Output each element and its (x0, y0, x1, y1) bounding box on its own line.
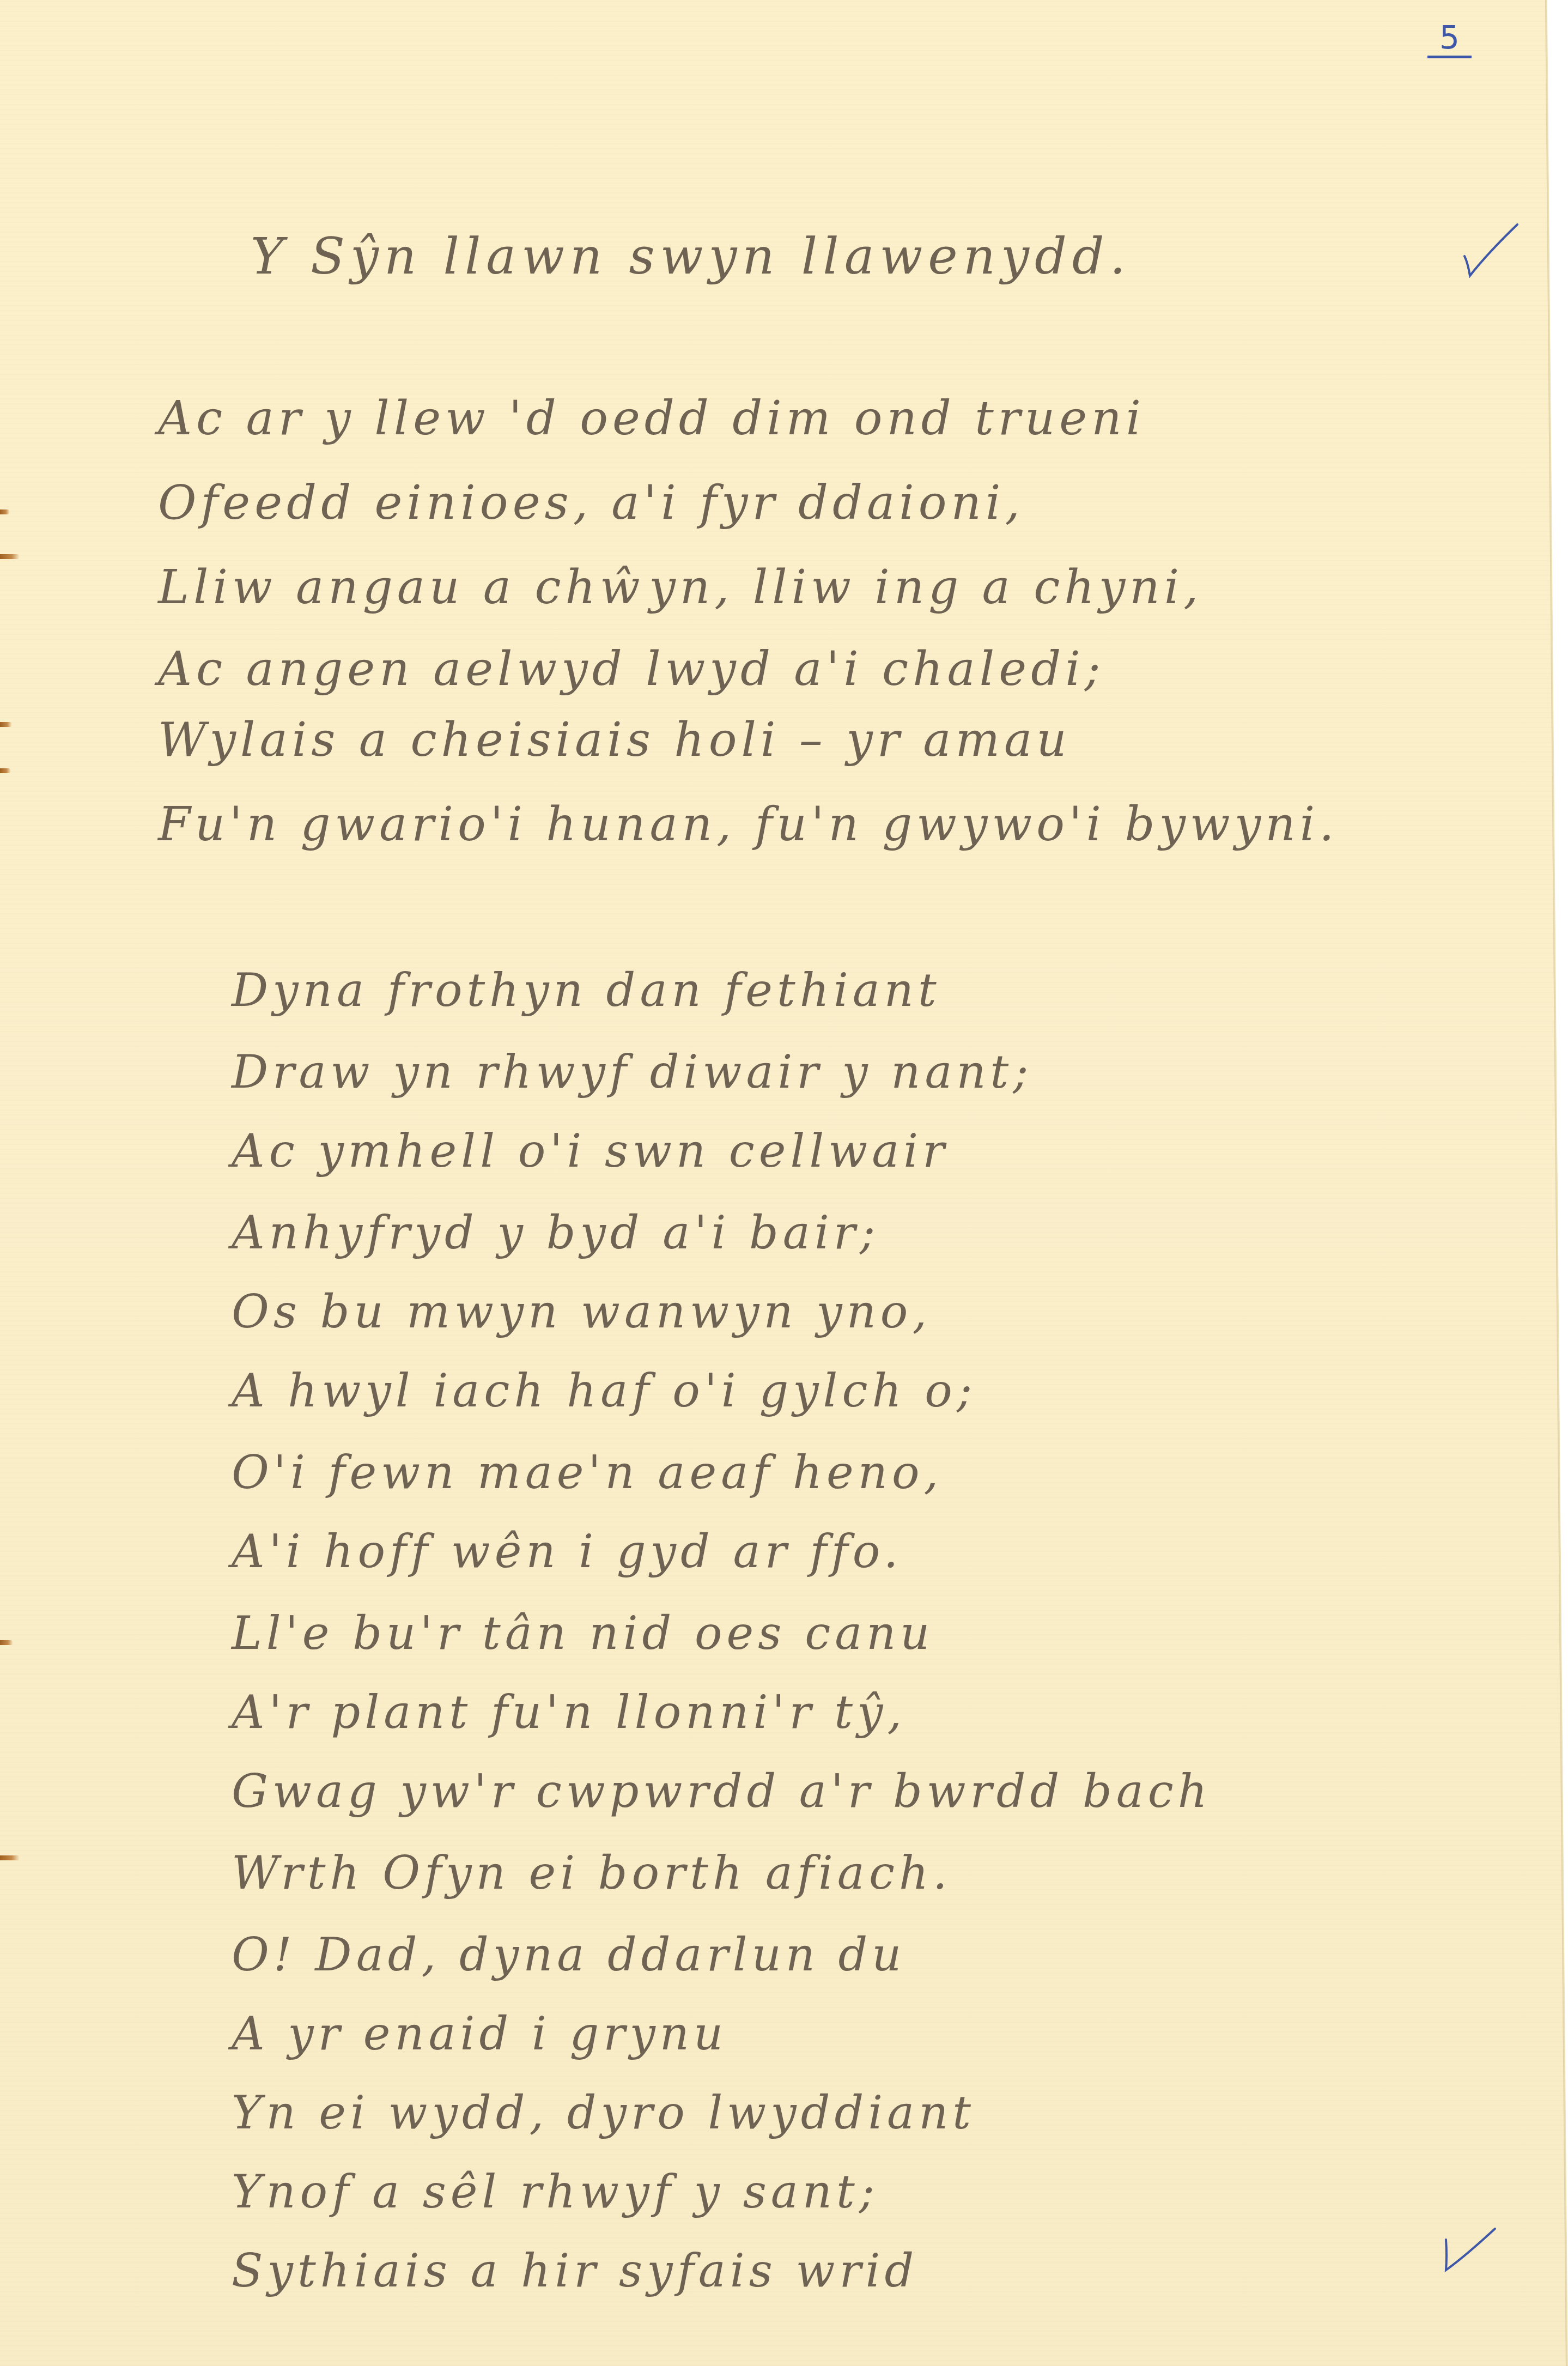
binding-mark (0, 722, 12, 727)
poem-line: O! Dad, dyna ddarlun du (232, 1932, 905, 1977)
manuscript-page: 5 Y Sŷn llawn swyn llawenydd. Ac ar y ll… (0, 0, 1568, 2366)
poem-line: A yr enaid i grynu (232, 2011, 727, 2056)
poem-line: Ll'e bu'r tân nid oes canu (232, 1610, 934, 1656)
poem-line: Anhyfryd y byd a'i bair; (232, 1210, 879, 1255)
poem-line: Lliw angau a chŵyn, lliw ing a chyni, (158, 564, 1203, 611)
title-check-mark-icon (1460, 223, 1520, 278)
poem-line: Ac ar y llew 'd oedd dim ond trueni (158, 395, 1145, 442)
poem-line: Sythiais a hir syfais wrid (232, 2248, 918, 2294)
poem-line: A hwyl iach haf o'i gylch o; (232, 1368, 976, 1413)
end-check-mark-icon (1438, 2218, 1498, 2272)
poem-line: Ac ymhell o'i swn cellwair (232, 1128, 949, 1174)
poem-line: Wylais a cheisiais holi – yr amau (158, 717, 1071, 763)
poem-line: A'r plant fu'n llonni'r tŷ, (232, 1689, 906, 1735)
poem-line: Os bu mwyn wanwyn yno, (232, 1289, 931, 1334)
poem-line: Gwag yw'r cwpwrdd a'r bwrdd bach (232, 1768, 1212, 1814)
poem-line: Draw yn rhwyf diwair y nant; (232, 1049, 1033, 1095)
binding-mark (0, 768, 11, 773)
binding-mark (0, 1855, 20, 1860)
binding-mark (0, 509, 10, 514)
binding-mark (0, 554, 20, 559)
poem-title: Y Sŷn llawn swyn llawenydd. (251, 232, 1131, 282)
poem-line: Yn ei wydd, dyro lwyddiant (232, 2090, 975, 2136)
poem-line: Ofeedd einioes, a'i fyr ddaioni, (158, 480, 1024, 526)
poem-line: Wrth Ofyn ei borth afiach. (232, 1850, 952, 1896)
binding-mark (0, 1640, 13, 1645)
poem-line: Ac angen aelwyd lwyd a'i chaledi; (158, 646, 1105, 693)
poem-line: O'i fewn mae'n aeaf heno, (232, 1449, 943, 1495)
poem-line: Ynof a sêl rhwyf y sant; (232, 2169, 879, 2215)
poem-line: A'i hoff wên i gyd ar ffo. (232, 1528, 902, 1574)
poem-line: Dyna frothyn dan fethiant (232, 967, 941, 1013)
page-number: 5 (1427, 22, 1472, 58)
poem-line: Fu'n gwario'i hunan, fu'n gwywo'i bywyni… (158, 801, 1339, 848)
